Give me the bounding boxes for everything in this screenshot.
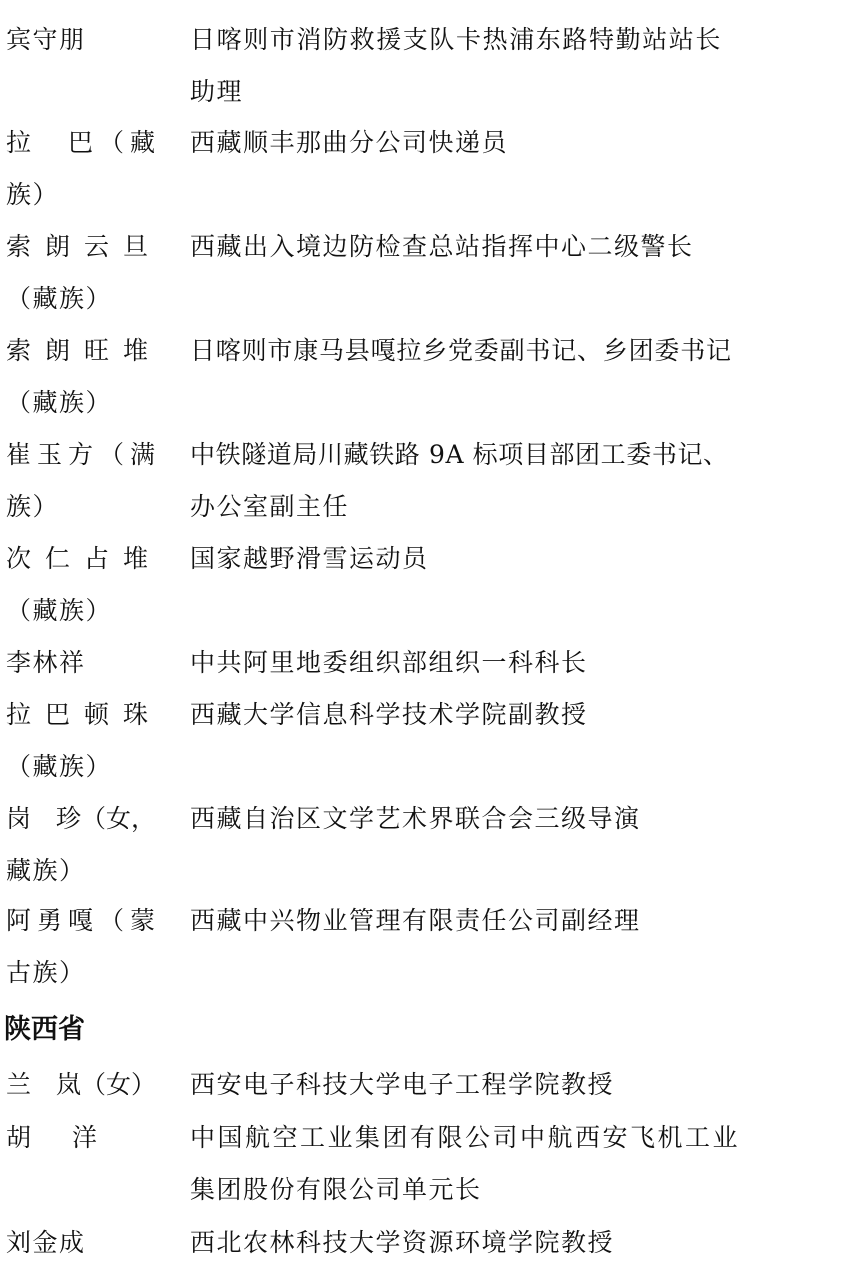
person-title: 西藏顺丰那曲分公司快递员 — [190, 128, 508, 158]
person-name: 次仁占堆 — [6, 544, 162, 574]
person-name: 崔玉方（满 — [6, 440, 161, 470]
person-name: 胡 洋 — [6, 1123, 105, 1153]
person-title: 西藏出入境边防检查总站指挥中心二级警长 — [190, 232, 694, 262]
person-title: 中铁隧道局川藏铁路 9A 标项目部团工委书记、 — [190, 440, 729, 470]
person-name-cont: 藏族） — [6, 856, 86, 886]
person-name: 拉巴顿珠 — [6, 700, 162, 730]
person-name: 拉 巴（藏 — [6, 128, 161, 158]
section-heading: 陕西省 — [4, 1014, 85, 1046]
person-name-cont: 古族） — [6, 958, 86, 988]
person-name-cont: （藏族） — [6, 752, 112, 782]
person-name: 兰 岚（女） — [6, 1070, 156, 1100]
person-name-cont: （藏族） — [6, 388, 112, 418]
person-title: 西藏大学信息科学技术学院副教授 — [190, 700, 588, 730]
person-title: 中共阿里地委组织部组织一科科长 — [190, 648, 588, 678]
person-title: 日喀则市消防救援支队卡热浦东路特勤站站长 — [190, 25, 722, 55]
person-title-cont: 办公室副主任 — [190, 492, 349, 522]
person-title-cont: 集团股份有限公司单元长 — [190, 1175, 482, 1205]
person-name: 刘金成 — [6, 1228, 86, 1258]
person-title: 国家越野滑雪运动员 — [190, 544, 429, 574]
person-name: 李林祥 — [6, 648, 86, 678]
person-title: 西藏自治区文学艺术界联合会三级导演 — [190, 804, 641, 834]
person-name: 阿勇嘎（蒙 — [6, 906, 161, 936]
person-name-cont: （藏族） — [6, 284, 112, 314]
person-name: 岗 珍（女， — [6, 804, 156, 834]
person-title: 西藏中兴物业管理有限责任公司副经理 — [190, 906, 641, 936]
person-title: 西安电子科技大学电子工程学院教授 — [190, 1070, 614, 1100]
person-title: 西北农林科技大学资源环境学院教授 — [190, 1228, 614, 1258]
person-name-cont: （藏族） — [6, 596, 112, 626]
person-name-cont: 族） — [6, 492, 59, 522]
person-name: 索朗旺堆 — [6, 336, 162, 366]
person-name: 索朗云旦 — [6, 232, 162, 262]
person-name: 宾守朋 — [6, 25, 86, 55]
person-title: 日喀则市康马县嘎拉乡党委副书记、乡团委书记 — [190, 336, 732, 366]
person-title: 中国航空工业集团有限公司中航西安飞机工业 — [190, 1123, 740, 1153]
person-name-cont: 族） — [6, 180, 59, 210]
person-title-cont: 助理 — [190, 77, 243, 107]
